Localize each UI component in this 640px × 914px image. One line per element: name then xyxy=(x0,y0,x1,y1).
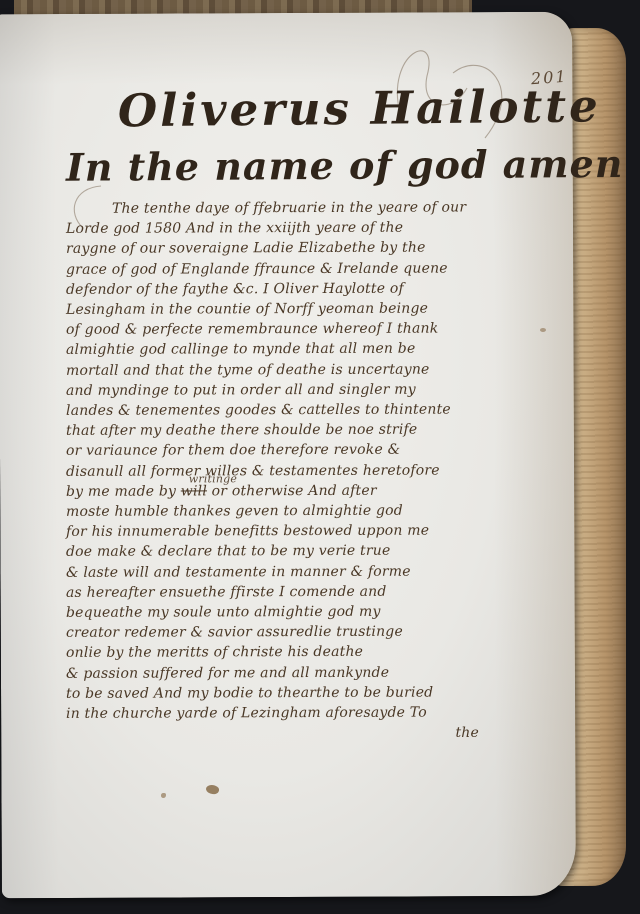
will-body-text: The tenthe daye of ffebruarie in the yea… xyxy=(66,198,571,743)
manuscript-line: raygne of our soveraigne Ladie Elizabeth… xyxy=(66,238,571,260)
manuscript-line: & laste will and testamente in manner & … xyxy=(66,561,571,583)
manuscript-line: moste humble thankes geven to almightie … xyxy=(66,500,571,522)
interlined-insertion: writinge xyxy=(189,469,237,489)
manuscript-line: grace of god of Englande ffraunce & Irel… xyxy=(66,258,571,280)
manuscript-line: onlie by the meritts of christe his deat… xyxy=(66,642,571,664)
manuscript-line: defendor of the faythe &c. I Oliver Hayl… xyxy=(66,278,571,300)
manuscript-line: as hereafter ensuethe ffirste I comende … xyxy=(66,581,571,603)
manuscript-line: of good & perfecte remembraunce whereof … xyxy=(66,318,571,340)
heading-invocation: In the name of god amen xyxy=(66,141,571,190)
manuscript-line: bequeathe my soule unto almightie god my xyxy=(66,601,571,623)
amendment: writingewill xyxy=(181,481,207,501)
catchword: the xyxy=(66,723,571,743)
manuscript-line: creator redemer & savior assuredlie trus… xyxy=(66,621,571,643)
manuscript-line-amended: by me made by writingewill or otherwise … xyxy=(66,480,571,502)
heading-testator-name: Oliverus Hailotte xyxy=(118,80,572,138)
manuscript-line: doe make & declare that to be my verie t… xyxy=(66,541,571,563)
manuscript-line: to be saved And my bodie to thearthe to … xyxy=(66,682,571,704)
manuscript-line: or variaunce for them doe therefore revo… xyxy=(66,440,571,462)
manuscript-line: in the churche yarde of Lezingham afores… xyxy=(66,702,571,724)
manuscript-line: Lesingham in the countie of Norff yeoman… xyxy=(66,298,571,320)
manuscript-line: mortall and that the tyme of deathe is u… xyxy=(66,359,571,381)
ink-stain xyxy=(540,328,546,332)
manuscript-photo: 201 Oliverus Hailotte In the name of god… xyxy=(0,0,640,914)
manuscript-line: landes & tenementes goodes & cattelles t… xyxy=(66,399,571,421)
manuscript-line: almightie god callinge to mynde that all… xyxy=(66,339,571,361)
manuscript-line: for his innumerable benefitts bestowed u… xyxy=(66,520,571,542)
text-block: Oliverus Hailotte In the name of god ame… xyxy=(66,82,571,743)
manuscript-line: The tenthe daye of ffebruarie in the yea… xyxy=(66,197,571,219)
manuscript-line: Lorde god 1580 And in the xxiijth yeare … xyxy=(66,217,571,239)
manuscript-line: & passion suffered for me and all mankyn… xyxy=(66,662,571,684)
manuscript-line: that after my deathe there shoulde be no… xyxy=(66,419,571,441)
amended-line-prefix: by me made by xyxy=(66,483,181,499)
manuscript-line: disanull all former willes & testamentes… xyxy=(66,460,571,482)
manuscript-line: and myndinge to put in order all and sin… xyxy=(66,379,571,401)
